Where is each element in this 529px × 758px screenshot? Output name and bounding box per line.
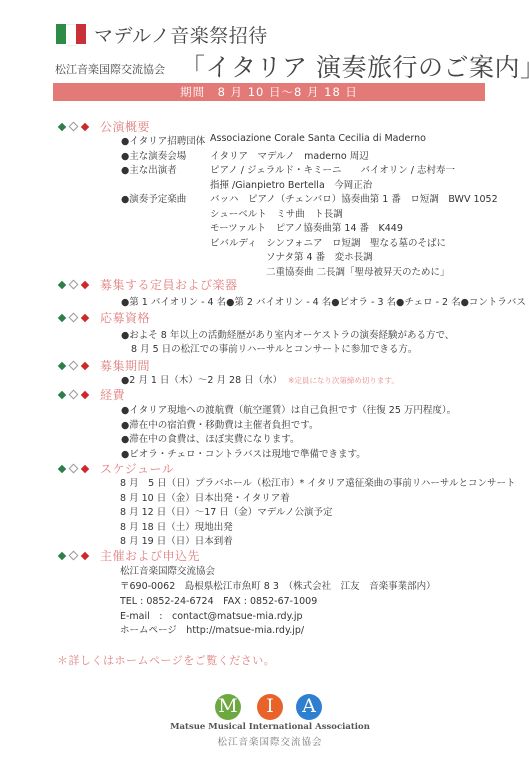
contact-homepage-link[interactable]: ホームページ http://matsue-mia.rdy.jp/ — [120, 622, 304, 636]
contact-phone-fax: TEL : 0852-24-6724 FAX : 0852-67-1009 — [120, 593, 317, 607]
overview-value: ソナタ第 4 番 変ホ長調 — [266, 249, 373, 263]
diamond-bullets-icon — [57, 362, 90, 369]
logo-m-circle-icon: M — [215, 694, 241, 720]
diamond-bullets-icon — [57, 391, 90, 398]
logo-japanese-name: 松江音楽国際交流協会 — [180, 734, 360, 748]
flag-red-stripe — [76, 24, 86, 44]
overview-label: ●イタリア招聘団体 — [121, 133, 205, 147]
flag-white-stripe — [66, 24, 76, 46]
logo-english-name: Matsue Musical International Association — [160, 722, 380, 732]
recruitment-list: ●第 1 バイオリン - 4 名●第 2 バイオリン - 4 名●ビオラ - 3… — [121, 294, 529, 308]
diamond-bullets-icon — [57, 123, 90, 130]
section-expenses-heading: 経費 — [57, 386, 125, 403]
logo-i-circle-icon: I — [257, 694, 283, 720]
overview-label: ●主な演奏会場 — [121, 148, 186, 162]
section-title: 募集する定員および楽器 — [100, 276, 238, 293]
schedule-item: 8 月 10 日（金）日本出発・イタリア着 — [120, 490, 290, 504]
section-title: 経費 — [100, 386, 125, 403]
mia-logo: M I A Matsue Musical International Assoc… — [180, 690, 360, 750]
section-qualification-heading: 応募資格 — [57, 309, 150, 326]
footnote: ＊詳しくはホームページをご覧ください。 — [57, 652, 275, 668]
overview-value: ピアノ / ジェラルド・キミーニ バイオリン / 志村寿一 — [210, 162, 455, 176]
application-note: ※定員になり次第締め切ります。 — [288, 376, 399, 385]
section-title: 主催および申込先 — [100, 547, 200, 564]
period-banner: 期間 8 月 10 日～8 月 18 日 — [53, 83, 485, 101]
overview-value: イタリア マデルノ maderno 周辺 — [210, 148, 369, 162]
schedule-item: 8 月 12 日（日）～17 日（金）マデルノ公演予定 — [120, 504, 332, 518]
diamond-bullets-icon — [57, 465, 90, 472]
schedule-item: 8 月 5 日（日）プラバホール（松江市）* イタリア遠征楽曲の事前リハーサルと… — [120, 475, 515, 489]
overview-label: ●演奏予定楽曲 — [121, 191, 186, 205]
schedule-item: 8 月 18 日（土）現地出発 — [120, 519, 233, 533]
qualification-line: ●およそ 8 年以上の活動経歴があり室内オーケストラの演奏経験がある方で、 — [121, 327, 454, 341]
section-contact-heading: 主催および申込先 — [57, 547, 200, 564]
overview-value: シューベルト ミサ曲 ト長調 — [210, 206, 343, 220]
logo-a-circle-icon: A — [296, 694, 322, 720]
overview-value: ビバルディ シンフォニア ロ短調 聖なる墓のそばに — [210, 235, 446, 249]
festival-title: マデルノ音楽祭招待 — [94, 21, 268, 48]
overview-value: モーツァルト ピアノ協奏曲第 14 番 K449 — [210, 220, 403, 234]
expense-line: ●滞在中の宿泊費・移動費は主催者負担です。 — [121, 417, 319, 431]
italian-flag-icon — [56, 24, 86, 44]
application-period-line: ●2 月 1 日（木）～2 月 28 日（水）※定員になり次第締め切ります。 — [121, 372, 399, 386]
organization-name: 松江音楽国際交流協会 — [55, 61, 165, 77]
diamond-bullets-icon — [57, 281, 90, 288]
overview-label: ●主な出演者 — [121, 162, 177, 176]
overview-value: Associazione Corale Santa Cecilia di Mad… — [210, 133, 426, 144]
diamond-bullets-icon — [57, 314, 90, 321]
contact-email[interactable]: E-mail : contact@matsue-mia.rdy.jp — [120, 608, 303, 622]
expense-line: ●ビオラ・チェロ・コントラバスは現地で準備できます。 — [121, 446, 366, 460]
expense-line: ●滞在中の食費は、ほぼ実費になります。 — [121, 431, 300, 445]
qualification-line: 8 月 5 日の松江での事前リハーサルとコンサートに参加できる方。 — [131, 341, 417, 355]
overview-value: 二重協奏曲 二長調「聖母被昇天のために」 — [266, 264, 450, 278]
section-title: 応募資格 — [100, 309, 150, 326]
schedule-item: 8 月 19 日（日）日本到着 — [120, 533, 233, 547]
flag-green-stripe — [56, 24, 66, 44]
overview-value: 指揮 /Gianpietro Bertella 今岡正治 — [210, 177, 372, 191]
page-title: 「イタリア 演奏旅行のご案内」 — [180, 48, 529, 84]
expense-line: ●イタリア現地への渡航費（航空運賃）は自己負担です（往復 25 万円程度）。 — [121, 402, 456, 416]
application-period-dates: ●2 月 1 日（木）～2 月 28 日（水） — [121, 375, 282, 386]
diamond-bullets-icon — [57, 552, 90, 559]
overview-value: バッハ ピアノ（チェンバロ）協奏曲第 1 番 ロ短調 BWV 1052 — [210, 191, 498, 205]
contact-address: 〒690-0062 島根県松江市魚町 8 3 （株式会社 江友 音楽事業部内） — [120, 578, 436, 592]
section-recruitment-heading: 募集する定員および楽器 — [57, 276, 238, 293]
contact-organization: 松江音楽国際交流協会 — [120, 563, 215, 577]
